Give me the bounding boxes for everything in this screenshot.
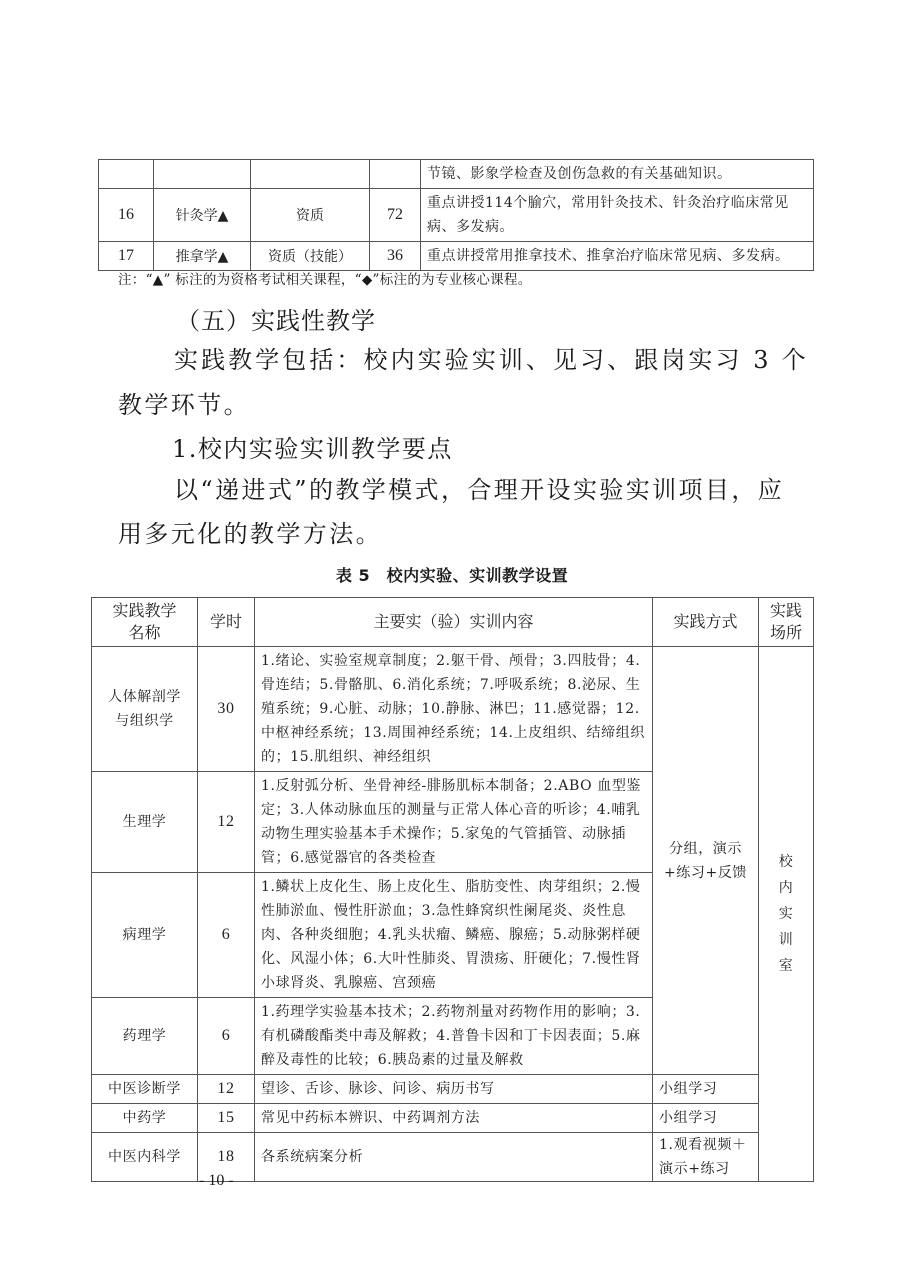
course-name bbox=[154, 160, 251, 189]
course-content: 1.绪论、实验室规章制度；2.躯干骨、颅骨；3.四肢骨；4.骨连结；5.骨骼肌、… bbox=[255, 647, 653, 772]
practice-place-text: 校内实训室 bbox=[778, 849, 794, 979]
course-hours: 6 bbox=[198, 998, 255, 1075]
course-name: 中医内科学 bbox=[92, 1133, 198, 1182]
practice-mode: 小组学习 bbox=[653, 1104, 759, 1133]
course-name: 人体解剖学与组织学 bbox=[92, 647, 198, 772]
table-row: 人体解剖学与组织学 30 1.绪论、实验室规章制度；2.躯干骨、颅骨；3.四肢骨… bbox=[92, 647, 814, 772]
course-hours: 15 bbox=[198, 1104, 255, 1133]
course-content: 1.药理学实验基本技术；2.药物剂量对药物作用的影响；3.有机磷酸酯类中毒及解救… bbox=[255, 998, 653, 1075]
course-name: 药理学 bbox=[92, 998, 198, 1075]
table-row: 节镜、影象学检查及创伤急救的有关基础知识。 bbox=[99, 160, 814, 189]
course-hours bbox=[370, 160, 421, 189]
table-row: 中药学 15 常见中药标本辨识、中药调剂方法 小组学习 bbox=[92, 1104, 814, 1133]
course-hours: 12 bbox=[198, 1075, 255, 1104]
course-name: 中医诊断学 bbox=[92, 1075, 198, 1104]
header-content: 主要实（验）实训内容 bbox=[255, 598, 653, 647]
practice-place-merged: 校内实训室 bbox=[759, 647, 814, 1182]
course-hours: 36 bbox=[370, 242, 421, 271]
course-type bbox=[251, 160, 370, 189]
table-row: 16 针灸学▲ 资质 72 重点讲授114个腧穴，常用针灸技术、针灸治疗临床常见… bbox=[99, 189, 814, 242]
course-content: 望诊、舌诊、脉诊、问诊、病历书写 bbox=[255, 1075, 653, 1104]
table-caption: 表 5 校内实验、实训教学设置 bbox=[0, 563, 904, 586]
course-type: 资质 bbox=[251, 189, 370, 242]
course-desc: 重点讲授常用推拿技术、推拿治疗临床常见病、多发病。 bbox=[421, 242, 814, 271]
course-hours: 12 bbox=[198, 772, 255, 873]
course-name: 生理学 bbox=[92, 772, 198, 873]
practice-mode: 1.观看视频＋演示+练习 bbox=[653, 1133, 759, 1182]
course-hours: 6 bbox=[198, 873, 255, 998]
table-note: 注：“▲” 标注的为资格考试相关课程，“◆”标注的为专业核心课程。 bbox=[118, 268, 532, 288]
course-no: 17 bbox=[99, 242, 154, 271]
course-desc: 重点讲授114个腧穴，常用针灸技术、针灸治疗临床常见病、多发病。 bbox=[421, 189, 814, 242]
paragraph-teaching-mode: 以“递进式”的教学模式，合理开设实验实训项目，应用多元化的教学方法。 bbox=[118, 468, 808, 556]
header-name: 实践教学名称 bbox=[92, 598, 198, 647]
page-number: - 10 - bbox=[199, 1172, 234, 1190]
course-name: 病理学 bbox=[92, 873, 198, 998]
lab-training-table: 实践教学名称 学时 主要实（验）实训内容 实践方式 实践场所 人体解剖学与组织学… bbox=[91, 597, 814, 1182]
course-name: 推拿学▲ bbox=[154, 242, 251, 271]
course-content: 1.反射弧分析、坐骨神经-腓肠肌标本制备；2.ABO 血型鉴定；3.人体动脉血压… bbox=[255, 772, 653, 873]
table-row: 中医诊断学 12 望诊、舌诊、脉诊、问诊、病历书写 小组学习 bbox=[92, 1075, 814, 1104]
practice-mode-text: 分组，演示+练习+反馈 bbox=[664, 841, 747, 881]
section-heading: （五）实践性教学 bbox=[176, 301, 376, 336]
course-no bbox=[99, 160, 154, 189]
course-desc: 节镜、影象学检查及创伤急救的有关基础知识。 bbox=[421, 160, 814, 189]
table-row: 17 推拿学▲ 资质（技能） 36 重点讲授常用推拿技术、推拿治疗临床常见病、多… bbox=[99, 242, 814, 271]
header-hours: 学时 bbox=[198, 598, 255, 647]
course-no: 16 bbox=[99, 189, 154, 242]
course-type: 资质（技能） bbox=[251, 242, 370, 271]
course-name: 中药学 bbox=[92, 1104, 198, 1133]
course-content: 各系统病案分析 bbox=[255, 1133, 653, 1182]
practice-mode-merged: 分组，演示+练习+反馈 bbox=[653, 647, 759, 1075]
course-name: 针灸学▲ bbox=[154, 189, 251, 242]
practice-mode: 小组学习 bbox=[653, 1075, 759, 1104]
header-place: 实践场所 bbox=[759, 598, 814, 647]
paragraph-practice-intro: 实践教学包括：校内实验实训、见习、跟岗实习 3 个教学环节。 bbox=[118, 338, 808, 428]
course-content: 1.鳞状上皮化生、肠上皮化生、脂肪变性、肉芽组织；2.慢性肺淤血、慢性肝淤血；3… bbox=[255, 873, 653, 998]
course-hours: 72 bbox=[370, 189, 421, 242]
course-content: 常见中药标本辨识、中药调剂方法 bbox=[255, 1104, 653, 1133]
header-mode: 实践方式 bbox=[653, 598, 759, 647]
course-hours: 30 bbox=[198, 647, 255, 772]
course-table-continued: 节镜、影象学检查及创伤急救的有关基础知识。 16 针灸学▲ 资质 72 重点讲授… bbox=[98, 159, 814, 271]
table-header-row: 实践教学名称 学时 主要实（验）实训内容 实践方式 实践场所 bbox=[92, 598, 814, 647]
subheading-lab-training: 1.校内实验实训教学要点 bbox=[172, 429, 453, 464]
